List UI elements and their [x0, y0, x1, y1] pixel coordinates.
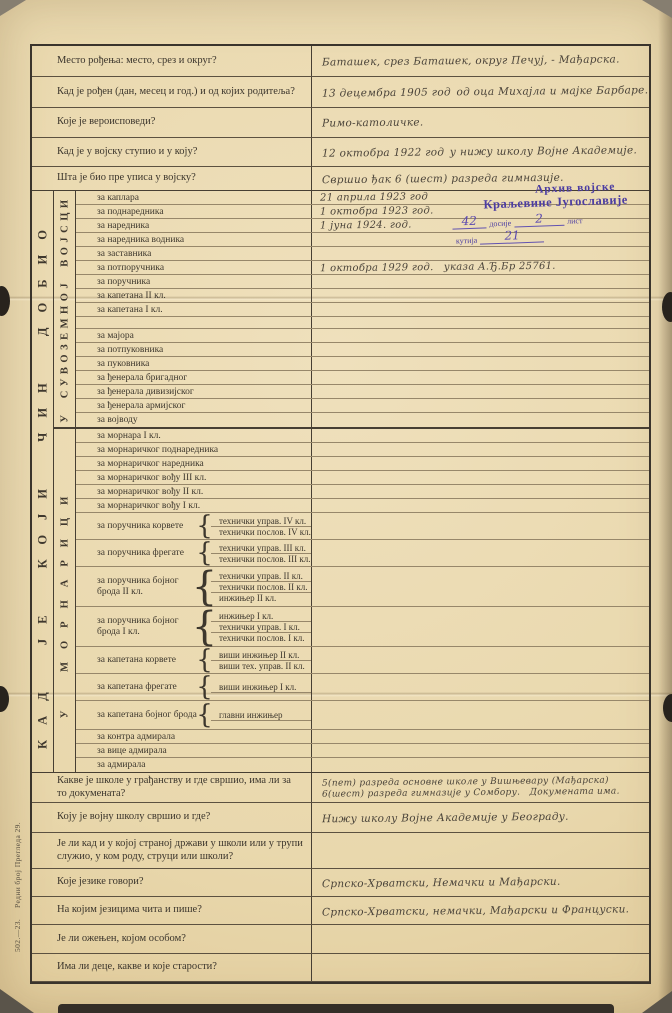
- brace-icon: {: [198, 610, 211, 644]
- rank-row: за контра адмирала: [76, 730, 649, 744]
- rank-label: за морнаричког поднаредника: [76, 443, 312, 456]
- rank-row: за ђенерала бригадног: [76, 371, 649, 385]
- rank-label: за наредника: [76, 219, 312, 232]
- question-row: Је ли ожењен, којом особом?: [32, 925, 649, 954]
- question-label: Је ли кад и у којој страној држави у шко…: [32, 833, 312, 868]
- question-row: Је ли кад и у којој страној држави у шко…: [32, 833, 649, 869]
- rank-label: за капетана фрегате: [76, 682, 198, 693]
- sub-rank-label: технички управ. IV кл.: [211, 516, 311, 527]
- top-questions-section: Место рођења: место, срез и округ? Баташ…: [32, 46, 649, 190]
- sub-rank-label: технички послов. II кл.: [211, 582, 311, 593]
- sub-rank-label: технички управ. II кл.: [211, 571, 311, 582]
- rank-label: за потпоручника: [76, 261, 312, 274]
- navy-subsection: У МОРНАРИЦИ за морнара I кл. за морнарич…: [54, 427, 649, 772]
- question-label: Је ли ожењен, којом особом?: [32, 925, 312, 953]
- sub-rank-label: инжињер II кл.: [211, 593, 311, 603]
- rank-row-group: за капетана корвете { виши инжињер II кл…: [76, 647, 649, 674]
- rank-label: за поручника бојног брода II кл.: [76, 576, 198, 597]
- question-row: Које је вероисповеди? Римо-католичке.: [32, 108, 649, 138]
- rank-label: за заставника: [76, 247, 312, 260]
- rank-date: 1 јуна 1924. год.: [320, 220, 412, 232]
- rank-row: за морнаричког поднаредника: [76, 443, 649, 457]
- army-vertical-label: У СУВОЗЕМНОЈ ВОЈСЦИ: [54, 191, 76, 427]
- rank-label: за морнаричког вођу I кл.: [76, 499, 312, 512]
- rank-date: 1 октобра 1923 год.: [320, 205, 434, 217]
- brace-icon: {: [198, 542, 211, 564]
- stamp-dossier-number: 42: [452, 213, 487, 229]
- rank-row-group: за поручника бојног брода I кл. { инжиње…: [76, 607, 649, 647]
- rank-label: за морнаричког наредника: [76, 457, 312, 470]
- brace-icon: {: [198, 649, 211, 671]
- rank-row: за вице адмирала: [76, 744, 649, 758]
- sub-rank-label: технички послов. I кл.: [211, 633, 311, 643]
- rank-row-group: за поручника фрегате { технички управ. I…: [76, 540, 649, 567]
- brace-icon: {: [198, 676, 211, 698]
- paper-edge-shade: [658, 0, 672, 1013]
- rank-row-group: за капетана бојног брода { главни инжиње…: [76, 701, 649, 730]
- handwritten-answer: Нижу школу Војне Академије у Београду.: [322, 810, 569, 825]
- margin-note-print-registry: Редни број Прегледа 29.: [13, 822, 22, 908]
- rank-row: за капетана I кл.: [76, 303, 649, 317]
- question-label: Које је вероисповеди?: [32, 108, 312, 137]
- rank-row-group: за поручника корвете { технички управ. I…: [76, 513, 649, 540]
- rank-section-vertical-label: КАД ЈЕ КОЈИ ЧИН ДОБИО: [32, 191, 54, 772]
- scan-bottom-edge: [58, 1004, 614, 1013]
- rank-label: за каплара: [76, 191, 312, 204]
- rank-row: за заставника: [76, 247, 649, 261]
- rank-row: за ђенерала дивизијског: [76, 385, 649, 399]
- stamp-box-number: 21: [480, 227, 544, 244]
- rank-label: за поручника: [76, 275, 312, 288]
- rank-label: за ђенерала дивизијског: [76, 385, 312, 398]
- question-label: Место рођења: место, срез и округ?: [32, 46, 312, 76]
- brace-icon: {: [198, 515, 211, 537]
- rank-date: 21 априла 1923 год: [320, 191, 428, 203]
- rank-label: за поручника фрегате: [76, 548, 198, 559]
- rank-row: за морнаричког вођу II кл.: [76, 485, 649, 499]
- section-title-vertical: КАД ЈЕ КОЈИ ЧИН ДОБИО: [35, 215, 50, 749]
- rank-label: за вице адмирала: [76, 744, 312, 757]
- rank-row-group: за поручника бојног брода II кл. { техни…: [76, 567, 649, 607]
- question-label: Кад је у војску ступио и у коју?: [32, 138, 312, 166]
- handwritten-answer: 13 децембра 1905 год од оца Михајла и ма…: [322, 84, 648, 99]
- handwritten-answer: Српско-Хрватски, немачки, Мађарски и Фра…: [322, 903, 629, 918]
- brace-icon: {: [198, 704, 211, 726]
- stamp-dossier-label: досије: [486, 218, 514, 228]
- stamp-sheet-label: лист: [564, 216, 586, 226]
- rank-label: за адмирала: [76, 758, 312, 772]
- sub-rank-label: главни инжињер: [211, 710, 311, 721]
- stamp-box-label: кутија: [453, 236, 481, 246]
- question-row: Има ли деце, какве и које старости?: [32, 954, 649, 982]
- rank-row-spacer: [76, 317, 649, 329]
- rank-row: за потпоручника1 октобра 1929 год. указа…: [76, 261, 649, 275]
- rank-label: за поручника корвете: [76, 521, 198, 532]
- question-row: Коју је војну школу свршио и где? Нижу ш…: [32, 803, 649, 833]
- rank-row: за морнара I кл.: [76, 429, 649, 443]
- rank-label: за морнаричког вођу III кл.: [76, 471, 312, 484]
- question-label: Има ли деце, какве и које старости?: [32, 954, 312, 981]
- rank-label: за поручника бојног брода I кл.: [76, 616, 198, 637]
- question-label: Какве је школе у грађанству и где свршио…: [32, 773, 312, 802]
- rank-row: за пуковника: [76, 357, 649, 371]
- scanned-document-photo: Место рођења: место, срез и округ? Баташ…: [0, 0, 672, 1013]
- sub-rank-label: виши инжињер II кл.: [211, 650, 311, 661]
- handwritten-answer: Римо-католичке.: [322, 116, 424, 129]
- handwritten-answer: Српско-Хрватски, Немачки и Мађарски.: [322, 875, 561, 889]
- rank-row: за морнаричког наредника: [76, 457, 649, 471]
- stamp-sheet-number: 2: [514, 211, 564, 228]
- rank-row: за морнаричког вођу III кл.: [76, 471, 649, 485]
- rank-label: за наредника водника: [76, 233, 312, 246]
- rank-label: за пуковника: [76, 357, 312, 370]
- bottom-questions-section: Какве је школе у грађанству и где свршио…: [32, 773, 649, 982]
- sub-rank-label: технички послов. IV кл.: [211, 527, 311, 537]
- question-label: Шта је био пре уписа у војску?: [32, 167, 312, 190]
- question-row: Кад је у војску ступио и у коју? 12 окто…: [32, 138, 649, 167]
- handwritten-answer: 12 октобра 1922 год у нижу школу Војне А…: [322, 144, 637, 159]
- rank-row: за капетана II кл.: [76, 289, 649, 303]
- navy-vertical-label: У МОРНАРИЦИ: [54, 429, 76, 772]
- handwritten-answer: Баташек, срез Баташек, округ Печуј, - Ма…: [322, 53, 620, 68]
- rank-label: за капетана корвете: [76, 655, 198, 666]
- sub-rank-label: виши тех. управ. II кл.: [211, 661, 311, 671]
- rank-label: за контра адмирала: [76, 730, 312, 743]
- rank-label: за ђенерала армијског: [76, 399, 312, 412]
- question-row: Место рођења: место, срез и округ? Баташ…: [32, 46, 649, 77]
- archive-stamp: Архив војске Краљевине Југославије 42 до…: [451, 179, 661, 245]
- rank-label: за капетана II кл.: [76, 289, 312, 302]
- question-row: Кад је рођен (дан, месец и год.) и од ко…: [32, 77, 649, 108]
- rank-row: за потпуковника: [76, 343, 649, 357]
- question-label: На којим језицима чита и пише?: [32, 897, 312, 924]
- rank-row-group: за капетана фрегате { виши инжињер I кл.: [76, 674, 649, 701]
- question-row: На којим језицима чита и пише? Српско-Хр…: [32, 897, 649, 925]
- question-row: Које језике говори? Српско-Хрватски, Нем…: [32, 869, 649, 897]
- rank-label: за капетана I кл.: [76, 303, 312, 316]
- rank-label: за војводу: [76, 413, 312, 427]
- rank-label: за ђенерала бригадног: [76, 371, 312, 384]
- sub-rank-label: технички послов. III кл.: [211, 554, 311, 564]
- rank-row: за поручника: [76, 275, 649, 289]
- rank-label: за поднаредника: [76, 205, 312, 218]
- rank-row: за мајора: [76, 329, 649, 343]
- edge-tear: [662, 292, 672, 322]
- question-row: Какве је школе у грађанству и где свршио…: [32, 773, 649, 803]
- rank-label: за морнаричког вођу II кл.: [76, 485, 312, 498]
- rank-label: за капетана бојног брода: [76, 710, 198, 721]
- rank-row: за адмирала: [76, 758, 649, 772]
- sub-rank-label: виши инжињер I кл.: [211, 682, 311, 693]
- rank-row: за ђенерала армијског: [76, 399, 649, 413]
- rank-section: КАД ЈЕ КОЈИ ЧИН ДОБИО У СУВОЗЕМНОЈ ВОЈСЦ…: [32, 190, 649, 773]
- brace-icon: {: [198, 570, 211, 604]
- sub-rank-label: технички управ. I кл.: [211, 622, 311, 633]
- rank-label: за мајора: [76, 329, 312, 342]
- rank-row: за морнаричког вођу I кл.: [76, 499, 649, 513]
- margin-note-print-code: 502.—23.: [13, 919, 22, 952]
- sub-rank-label: инжињер I кл.: [211, 611, 311, 622]
- question-label: Коју је војну школу свршио и где?: [32, 803, 312, 832]
- rank-label: за потпуковника: [76, 343, 312, 356]
- question-label: Које језике говори?: [32, 869, 312, 896]
- rank-date: 1 октобра 1929 год. указа А.Ђ.Бр 25761.: [320, 261, 556, 274]
- question-label: Кад је рођен (дан, месец и год.) и од ко…: [32, 77, 312, 107]
- rank-row: за војводу: [76, 413, 649, 427]
- rank-label: за морнара I кл.: [76, 429, 312, 442]
- sub-rank-label: технички управ. III кл.: [211, 543, 311, 554]
